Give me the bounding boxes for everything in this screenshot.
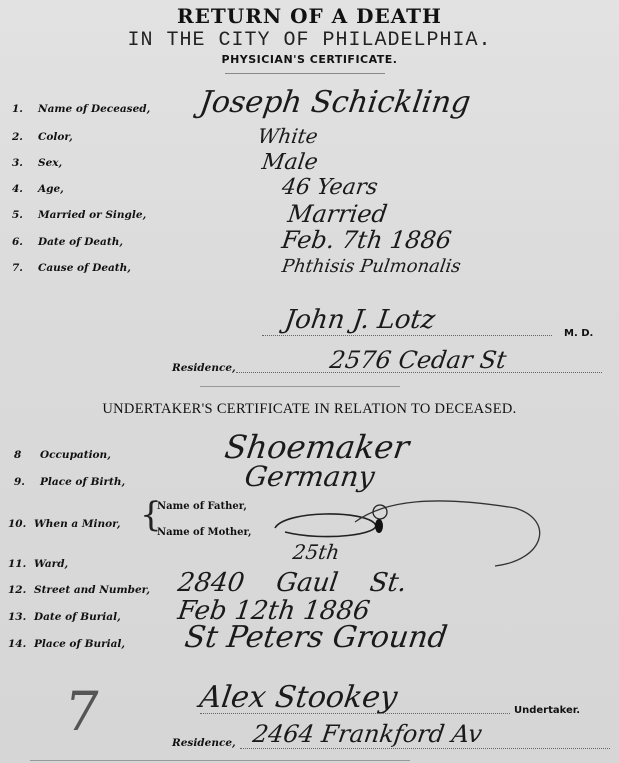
undertaker-certificate-heading: UNDERTAKER'S CERTIFICATE IN RELATION TO … xyxy=(0,401,619,418)
signature-line xyxy=(200,713,510,714)
field-label-sex: 3.Sex, xyxy=(12,157,62,169)
undertaker-residence-label: Residence, xyxy=(172,737,236,749)
field-label-occupation: 8Occupation, xyxy=(14,449,111,461)
physician-residence-label: Residence, xyxy=(172,362,236,374)
field-label-mother: Name of Mother, xyxy=(157,527,252,538)
field-value-ward: 25th xyxy=(291,540,341,564)
field-value-place-of-birth: Germany xyxy=(243,460,377,493)
undertaker-residence-value: 2464 Frankford Av xyxy=(251,720,484,748)
physician-residence-value: 2576 Cedar St xyxy=(328,346,508,374)
field-value-name: Joseph Schickling xyxy=(198,85,473,120)
field-label-age: 4.Age, xyxy=(12,183,64,195)
field-label-ward: 11.Ward, xyxy=(8,558,68,570)
document-title: RETURN OF A DEATH xyxy=(0,4,619,28)
undertaker-signature: Alex Stookey xyxy=(198,680,400,715)
undertaker-label: Undertaker. xyxy=(514,705,580,716)
field-value-cause-of-death: Phthisis Pulmonalis xyxy=(281,256,463,277)
field-value-age: 46 Years xyxy=(280,175,379,200)
field-label-place-of-burial: 14.Place of Burial, xyxy=(8,638,125,650)
field-label-cause-of-death: 7.Cause of Death, xyxy=(12,262,131,274)
divider xyxy=(200,386,400,387)
field-value-date-of-death: Feb. 7th 1886 xyxy=(280,226,453,254)
field-value-color: White xyxy=(256,124,319,148)
field-value-street-number: 2840 Gaul St. xyxy=(176,568,409,598)
field-value-sex: Male xyxy=(260,150,319,175)
physician-certificate-heading: PHYSICIAN'S CERTIFICATE. xyxy=(0,53,619,66)
field-label-marital-status: 5.Married or Single, xyxy=(12,209,146,221)
divider xyxy=(30,760,410,761)
divider xyxy=(225,73,385,74)
field-label-street-number: 12.Street and Number, xyxy=(8,584,150,596)
field-value-marital-status: Married xyxy=(286,200,389,228)
field-label-date-of-burial: 13.Date of Burial, xyxy=(8,611,121,623)
field-label-date-of-death: 6.Date of Death, xyxy=(12,236,123,248)
residence-line xyxy=(240,748,610,749)
margin-number: 7 xyxy=(61,680,104,743)
field-label-name: 1.Name of Deceased, xyxy=(12,103,150,115)
field-value-place-of-burial: St Peters Ground xyxy=(183,620,450,655)
death-certificate: RETURN OF A DEATH IN THE CITY OF PHILADE… xyxy=(0,0,619,763)
document-subtitle: IN THE CITY OF PHILADELPHIA. xyxy=(0,29,619,52)
physician-signature: John J. Lotz xyxy=(283,305,437,335)
md-label: M. D. xyxy=(564,328,593,339)
field-label-color: 2.Color, xyxy=(12,131,73,143)
signature-line xyxy=(262,335,552,336)
field-label-place-of-birth: 9.Place of Birth, xyxy=(14,476,125,488)
residence-line xyxy=(236,372,602,373)
field-label-when-minor: 10.When a Minor, xyxy=(8,518,121,530)
field-label-father: Name of Father, xyxy=(157,501,247,512)
